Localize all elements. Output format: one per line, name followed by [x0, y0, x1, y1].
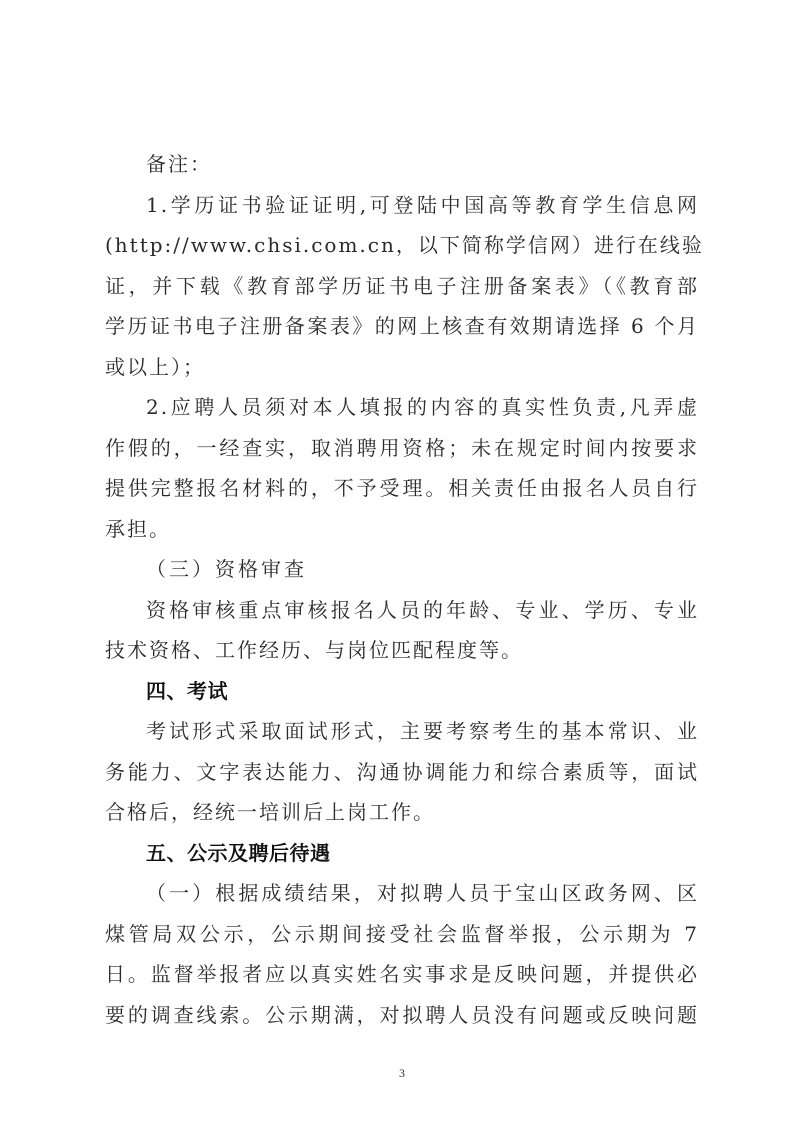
- text-line: 提供完整报名材料的，不予受理。相关责任由报名人员自行: [105, 468, 699, 509]
- text-line: 考试形式采取面试形式，主要考察考生的基本常识、业: [105, 711, 699, 752]
- text-line: 日。监督举报者应以真实姓名实事求是反映问题，并提供必: [105, 954, 699, 995]
- section-heading-publicity: 五、公示及聘后待遇: [105, 833, 699, 874]
- page-body: 备注： 1.学历证书验证证明,可登陆中国高等教育学生信息网 (http://ww…: [105, 144, 699, 1035]
- note-2-paragraph: 2.应聘人员须对本人填报的内容的真实性负责,凡弄虚 作假的，一经查实，取消聘用资…: [105, 387, 699, 549]
- text-line: 要的调查线索。公示期满，对拟聘人员没有问题或反映问题: [105, 995, 699, 1036]
- text-line: 或以上）；: [105, 347, 699, 388]
- text-line: 务能力、文字表达能力、沟通协调能力和综合素质等，面试: [105, 752, 699, 793]
- text-line: 煤管局双公示，公示期间接受社会监督举报，公示期为 7: [105, 914, 699, 955]
- section-heading-exam: 四、考试: [105, 671, 699, 712]
- text-line: 资格审核重点审核报名人员的年龄、专业、学历、专业: [105, 590, 699, 631]
- text-line: 1.学历证书验证证明,可登陆中国高等教育学生信息网: [105, 185, 699, 226]
- text-line: 合格后，经统一培训后上岗工作。: [105, 792, 699, 833]
- text-line: 2.应聘人员须对本人填报的内容的真实性负责,凡弄虚: [105, 387, 699, 428]
- page-number: 3: [0, 1066, 804, 1081]
- qualification-review-paragraph: 资格审核重点审核报名人员的年龄、专业、学历、专业 技术资格、工作经历、与岗位匹配…: [105, 590, 699, 671]
- notes-label: 备注：: [105, 144, 699, 185]
- section-subheading-qualification-review: （三）资格审查: [105, 549, 699, 590]
- text-line: 证，并下载《教育部学历证书电子注册备案表》（《教育部: [105, 266, 699, 307]
- text-line: 作假的，一经查实，取消聘用资格；未在规定时间内按要求: [105, 428, 699, 469]
- text-line: 技术资格、工作经历、与岗位匹配程度等。: [105, 630, 699, 671]
- document-page: 备注： 1.学历证书验证证明,可登陆中国高等教育学生信息网 (http://ww…: [0, 0, 804, 1146]
- text-line: 承担。: [105, 509, 699, 550]
- text-line: （一）根据成绩结果，对拟聘人员于宝山区政务网、区: [105, 873, 699, 914]
- note-1-paragraph: 1.学历证书验证证明,可登陆中国高等教育学生信息网 (http://www.ch…: [105, 185, 699, 388]
- text-line: (http://www.chsi.com.cn，以下简称学信网）进行在线验: [105, 225, 699, 266]
- text-line: 学历证书电子注册备案表》的网上核查有效期请选择 6 个月: [105, 306, 699, 347]
- exam-paragraph: 考试形式采取面试形式，主要考察考生的基本常识、业 务能力、文字表达能力、沟通协调…: [105, 711, 699, 833]
- publicity-paragraph: （一）根据成绩结果，对拟聘人员于宝山区政务网、区 煤管局双公示，公示期间接受社会…: [105, 873, 699, 1035]
